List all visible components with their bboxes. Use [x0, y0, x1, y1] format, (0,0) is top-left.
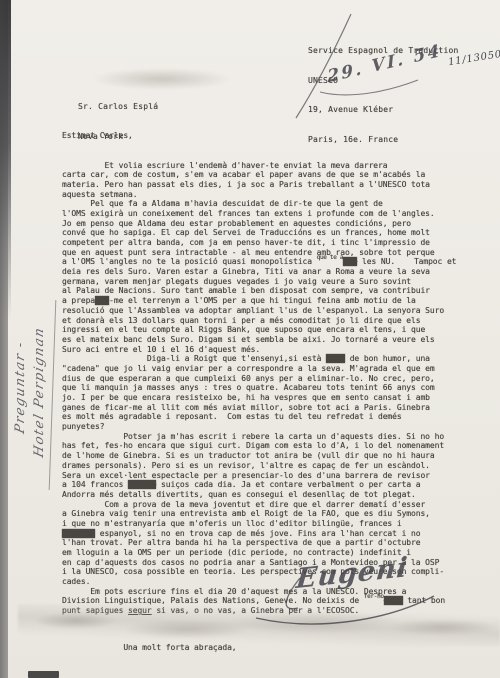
typed-line: l'OMS exigirà un coneixement del frances… [62, 209, 456, 219]
typed-line: Diga-li a Roigt que t'ensenyi,si està xx… [62, 354, 456, 364]
typed-line: Com a prova de la meva joventut et dire … [62, 500, 456, 510]
typed-line: ingressi en el teu compte al Riggs Bank,… [62, 325, 456, 335]
typed-line: aquesta setmana. [62, 190, 456, 200]
typed-line: "cadena" que jo li vaig enviar per a cor… [62, 364, 456, 374]
typed-line: Andorra més detalls divertits, quan es c… [62, 490, 456, 500]
typed-line: a 104 francos xxxxxx suiços cada dia. Ja… [62, 480, 456, 490]
typed-line: punyetes? [62, 422, 456, 432]
typed-line: Suro aci entre el 10 i el 16 d'aquest mé… [62, 345, 456, 355]
typed-line: es el mateix banc dels Suro. Digam si et… [62, 335, 456, 345]
bottom-corner-mark [28, 671, 59, 678]
typed-line: Potser ja m'has escrit i rebere la carta… [62, 432, 456, 442]
typed-line: que en aquest punt sera intractable - al… [62, 248, 456, 258]
typed-line: dius de que esperaran a que cumpleixi 60… [62, 374, 456, 384]
scanned-letter-page: Service Espagnol de Traduction UNESCO 19… [0, 0, 500, 678]
typed-line: Pel que fa a Aldama m'havia descuidat de… [62, 199, 456, 209]
typed-line: germana, varem menjar plegats dugues veg… [62, 277, 456, 287]
paper-sheet: Service Espagnol de Traduction UNESCO 19… [8, 0, 500, 678]
margin-note-line: Preguntar - [11, 265, 30, 510]
margin-note-line: Hotel Perpignan [30, 270, 49, 515]
salutation: Estimat Carles, [62, 131, 456, 141]
typed-line: deia res dels Suro. Varen estar a Ginebr… [62, 267, 456, 277]
typed-line: jo. I per be que encara resisteixo be, h… [62, 393, 456, 403]
typed-line: i que no m'estranyaría que m'oferis un l… [62, 519, 456, 529]
typed-line: Et volia escriure l'endemà d'haver-te en… [62, 161, 456, 171]
typed-line: Sera un excel·lent espectacle per a pres… [62, 471, 456, 481]
scan-artifact-band [18, 604, 500, 646]
typed-line: xxxxxxx espanyol, si no en trova cap de … [62, 529, 456, 539]
typed-line: a l'OMS l'angles no te la posició quasi … [62, 257, 456, 267]
typed-line: competent per altra banda, com ja em pen… [62, 238, 456, 248]
body-lines: Et volia escriure l'endemà d'haver-te en… [62, 161, 456, 616]
scanner-edge-shadow-soft [0, 0, 7, 678]
typed-line: resolució que l'Assamblea va adoptar amp… [62, 306, 456, 316]
typed-line: has fet, fes-ho encara que sigui curt. D… [62, 441, 456, 451]
typed-line: que li manquin ja masses anys : tres o q… [62, 383, 456, 393]
typed-line: et donarà els 13 dollars quan torni i pe… [62, 316, 456, 326]
typed-line: Jo em penso que Aldama deu estar probabl… [62, 219, 456, 229]
typed-line: es molt més agradable i reposant. Com es… [62, 412, 456, 422]
typed-line: drames personals). Pero si es un revisor… [62, 461, 456, 471]
typed-line: ganes de ficar-me al llit com més aviat … [62, 403, 456, 413]
typed-line: a Ginebra vaig tenir una entrevista amb … [62, 509, 456, 519]
typed-line: carta car, com de costum, s'em va acabar… [62, 170, 456, 180]
typed-line: a prepaxxx-me el terrenym a l'OMS per a … [62, 296, 456, 306]
typed-line: de l'home de Ginebra. Si es un traductor… [62, 451, 456, 461]
typed-line: Em pots escriure fins el dia 20 d'aquest… [62, 587, 456, 597]
typed-line: l'han trovat. Per altra banda hi ha la p… [62, 538, 456, 548]
recipient-name: Sr. Carlos Esplá [78, 102, 158, 112]
typed-line: convé que ho sapiga. El cap del Servei d… [62, 228, 456, 238]
letter-body: Estimat Carles, Et volia escriure l'ende… [62, 112, 456, 672]
margin-note: Preguntar - Hotel Perpignan [11, 265, 51, 515]
typed-line: al Palau de Nacions. Suro tant amable i … [62, 286, 456, 296]
typed-line: materia. Pero han passat els dies, i ja … [62, 180, 456, 190]
